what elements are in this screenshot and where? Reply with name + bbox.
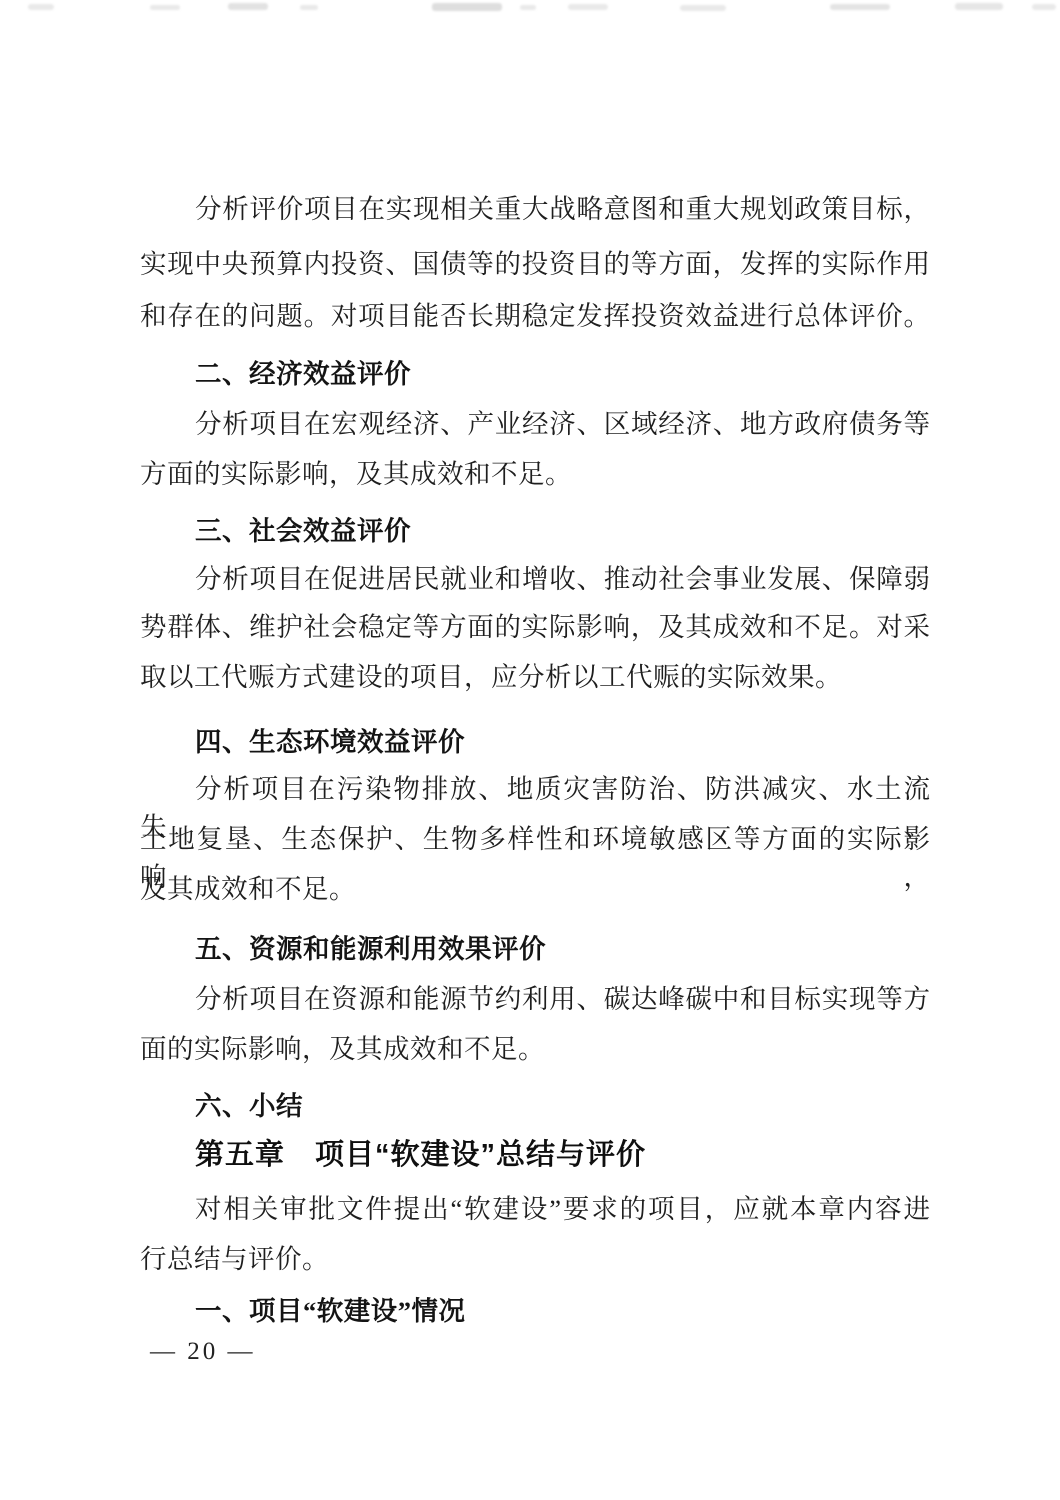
chapter-heading: 第五章 项目“软建设”总结与评价 xyxy=(140,1136,930,1174)
section-heading: 四、生态环境效益评价 xyxy=(140,723,930,761)
body-line: 取以工代赈方式建设的项目，应分析以工代赈的实际效果。 xyxy=(140,658,930,696)
section-heading: 二、经济效益评价 xyxy=(140,355,930,393)
scan-speck xyxy=(28,4,54,10)
scan-speck xyxy=(228,3,268,10)
scan-speck xyxy=(830,4,890,10)
body-line: 及其成效和不足。 xyxy=(140,870,930,908)
body-line: 方面的实际影响，及其成效和不足。 xyxy=(140,455,930,493)
body-line: 和存在的问题。对项目能否长期稳定发挥投资效益进行总体评价。 xyxy=(140,297,930,335)
body-line: 分析项目在宏观经济、产业经济、区域经济、地方政府债务等 xyxy=(140,405,930,443)
section-heading: 一、项目“软建设”情况 xyxy=(140,1292,930,1330)
section-heading: 五、资源和能源利用效果评价 xyxy=(140,930,930,968)
scan-speck xyxy=(568,4,608,10)
scan-speck xyxy=(300,5,318,10)
body-line: 实现中央预算内投资、国债等的投资目的等方面，发挥的实际作用 xyxy=(140,245,930,283)
document-page: 分析评价项目在实现相关重大战略意图和重大规划政策目标， 实现中央预算内投资、国债… xyxy=(0,0,1060,1500)
body-line: 分析项目在资源和能源节约利用、碳达峰碳中和目标实现等方 xyxy=(140,980,930,1018)
scan-speck xyxy=(520,5,536,10)
body-line: 分析项目在促进居民就业和增收、推动社会事业发展、保障弱 xyxy=(140,560,930,598)
body-line: 分析评价项目在实现相关重大战略意图和重大规划政策目标， xyxy=(140,190,930,228)
body-line: 对相关审批文件提出“软建设”要求的项目，应就本章内容进 xyxy=(140,1190,930,1228)
section-heading: 三、社会效益评价 xyxy=(140,512,930,550)
scan-speck xyxy=(955,3,1003,10)
page-number: — 20 — xyxy=(150,1338,256,1366)
body-line: 势群体、维护社会稳定等方面的实际影响，及其成效和不足。对采 xyxy=(140,608,930,646)
scan-speck xyxy=(432,3,502,11)
body-line: 面的实际影响，及其成效和不足。 xyxy=(140,1030,930,1068)
scan-speck xyxy=(1032,4,1056,10)
scan-speck xyxy=(680,5,726,11)
body-line: 行总结与评价。 xyxy=(140,1240,930,1278)
section-heading: 六、小结 xyxy=(140,1087,930,1125)
scan-speck xyxy=(150,5,180,10)
